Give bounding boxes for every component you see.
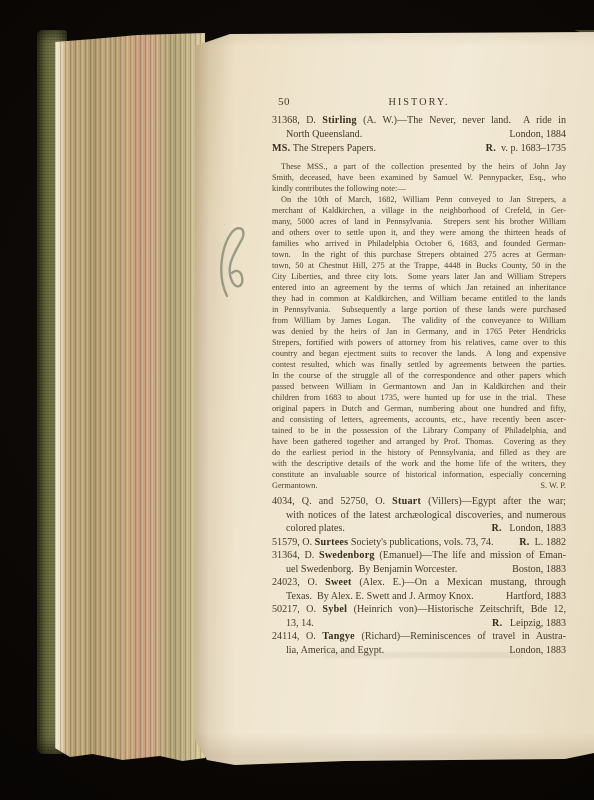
text-line: from William by James Logan. The validit… <box>272 315 566 326</box>
text-line: and consisting of letters, agreements, a… <box>272 414 566 425</box>
text-line: was denied by the heirs of Jan in German… <box>272 326 566 337</box>
text-line: tained to be in the possession of the Li… <box>272 425 566 436</box>
text-line: These MSS., a part of the collection pre… <box>272 161 566 172</box>
text-line: Smith, deceased, have been examined by S… <box>272 172 566 183</box>
catalog-entry: 24114, O. Tangye (Richard)—Reminiscences… <box>272 630 566 657</box>
text-line: 24114, O. Tangye (Richard)—Reminiscences… <box>272 630 566 644</box>
text-line: children from 1683 to about 1735, were h… <box>272 392 566 403</box>
text-line: and others over to settle upon it, and t… <box>272 227 566 238</box>
text-line: contest resulted, which was finally sett… <box>272 359 566 370</box>
text-line: 50217, O. Sybel (Heinrich von)—Historisc… <box>272 603 566 617</box>
text-line: 13, 14.R. Leipzig, 1883 <box>272 617 566 631</box>
text-line: Germantown.S. W. P. <box>272 480 566 491</box>
text-line: 31364, D. Swedenborg (Emanuel)—The life … <box>272 549 566 563</box>
text-line: In the course of the struggle all of the… <box>272 370 566 381</box>
catalog-entry: 24023, O. Sweet (Alex. E.)—On a Mexican … <box>272 576 566 603</box>
text-line: in Pennsylvania. Subsequently a large po… <box>272 304 566 315</box>
right-aligned-text: London, 1883 <box>509 644 566 658</box>
page-content: 50 HISTORY. 31368, D. Stirling (A. W.)—T… <box>272 96 566 657</box>
text-line: 51579, O. Surtees Society's publications… <box>272 536 566 550</box>
text-line: 31368, D. Stirling (A. W.)—The Never, ne… <box>272 114 566 128</box>
text-line: colored plates.R. London, 1883 <box>272 522 566 536</box>
text-line: merchant of Kaldkirchen, a village in th… <box>272 205 566 216</box>
text-line: they had in common at Kaldkirchen, and W… <box>272 293 566 304</box>
text-line: passed between William in Germantown and… <box>272 381 566 392</box>
text-line: have been gathered together and arranged… <box>272 436 566 447</box>
text-line: country and began ejectment suits to rec… <box>272 348 566 359</box>
catalog-entry: 4034, Q. and 52750, O. Stuart (Villers)—… <box>272 495 566 536</box>
text-line: City Liberties, and three city lots. Som… <box>272 271 566 282</box>
text-line: do the earliest period in the history of… <box>272 447 566 458</box>
right-aligned-text: London, 1884 <box>509 128 566 142</box>
text-line: North Queensland.London, 1884 <box>272 128 566 142</box>
catalog-entries-top: 31368, D. Stirling (A. W.)—The Never, ne… <box>272 114 566 156</box>
catalog-entry: MS. The Strepers Papers.R. v. p. 1683–17… <box>272 142 566 156</box>
note-paragraph: These MSS., a part of the collection pre… <box>272 161 566 491</box>
right-aligned-text: R. v. p. 1683–1735 <box>486 142 566 156</box>
running-head: HISTORY. <box>272 96 566 109</box>
catalog-entry: 31364, D. Swedenborg (Emanuel)—The life … <box>272 549 566 576</box>
right-aligned-text: R. Leipzig, 1883 <box>492 617 566 631</box>
text-line: 4034, Q. and 52750, O. Stuart (Villers)—… <box>272 495 566 509</box>
right-aligned-text: S. W. P. <box>540 480 566 491</box>
text-line: uel Swedenborg. By Benjamin Worcester.Bo… <box>272 563 566 577</box>
text-line: MS. The Strepers Papers.R. v. p. 1683–17… <box>272 142 566 156</box>
catalog-entries-bottom: 4034, Q. and 52750, O. Stuart (Villers)—… <box>272 495 566 657</box>
text-line: many, 5000 acres of land in Pennsylvania… <box>272 216 566 227</box>
book-page: 50 HISTORY. 31368, D. Stirling (A. W.)—T… <box>195 24 594 766</box>
catalog-entry: 50217, O. Sybel (Heinrich von)—Historisc… <box>272 603 566 630</box>
right-aligned-text: R. London, 1883 <box>491 522 566 536</box>
text-line: lia, America, and Egypt.London, 1883 <box>272 644 566 658</box>
page-header: 50 HISTORY. <box>272 96 566 109</box>
right-aligned-text: Hartford, 1883 <box>506 590 566 604</box>
text-line: families who arrived in Philadelphia Oct… <box>272 238 566 249</box>
text-line: original papers in Dutch and German, num… <box>272 403 566 414</box>
text-line: Texas. By Alex. E. Swett and J. Armoy Kn… <box>272 590 566 604</box>
right-aligned-text: Boston, 1883 <box>512 563 566 577</box>
text-line: with the descriptive details of the work… <box>272 458 566 469</box>
text-line: kindly contributes the following note:— <box>272 183 566 194</box>
text-line: On the 10th of March, 1682, William Penn… <box>272 194 566 205</box>
text-line: 24023, O. Sweet (Alex. E.)—On a Mexican … <box>272 576 566 590</box>
text-line: entered into an agreement by the terms o… <box>272 282 566 293</box>
text-line: with notices of the latest archæological… <box>272 509 566 523</box>
fanned-page-edges <box>55 32 205 762</box>
text-line: town, 50 at Chestnut Hill, 275 at the Tr… <box>272 260 566 271</box>
catalog-entry: 51579, O. Surtees Society's publications… <box>272 536 566 550</box>
text-line: constitute an invaluable source of histo… <box>272 469 566 480</box>
pencil-mark <box>217 224 257 302</box>
right-aligned-text: R. L. 1882 <box>519 536 566 550</box>
text-line: Strepers, fortified with powers of attor… <box>272 337 566 348</box>
text-line: town. In the right of this purchase Stre… <box>272 249 566 260</box>
catalog-entry: 31368, D. Stirling (A. W.)—The Never, ne… <box>272 114 566 142</box>
